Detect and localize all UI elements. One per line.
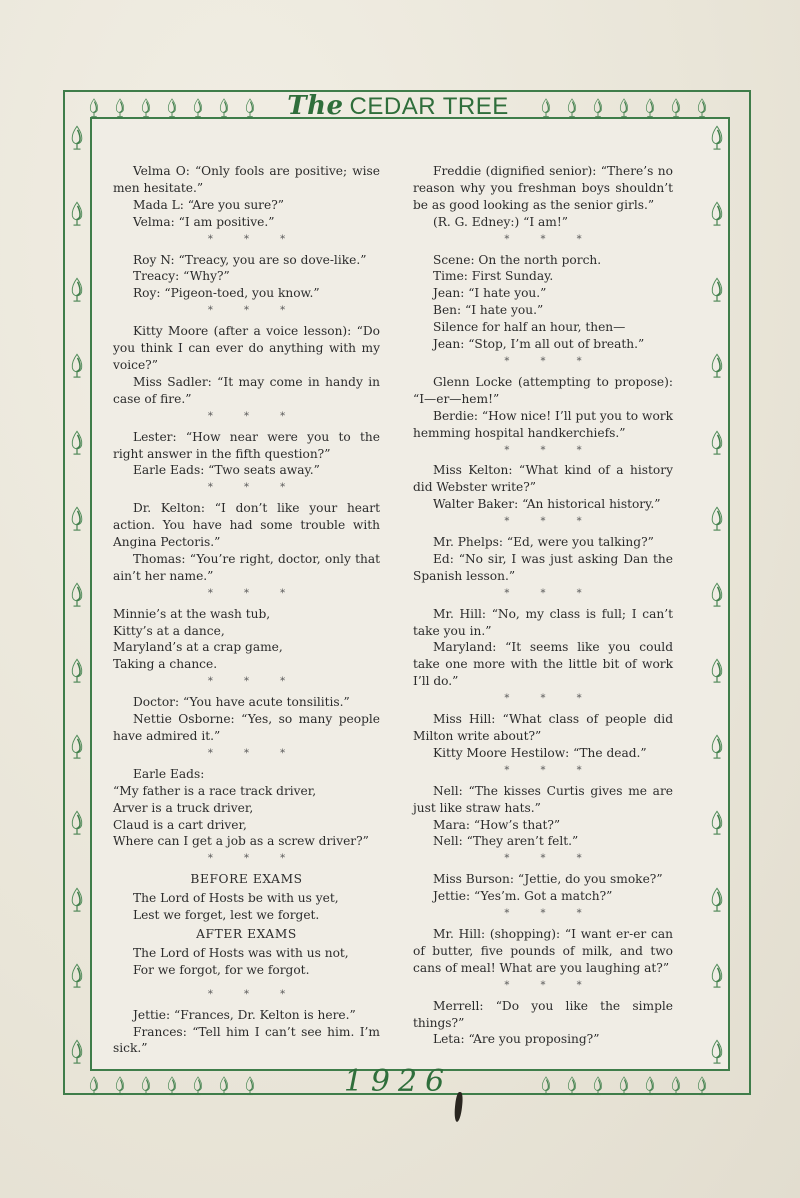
joke-line: Treacy: “Why?” xyxy=(113,268,380,285)
left-text-column: Velma O: “Only fools are positive; wise … xyxy=(113,163,380,1057)
cedar-tree-icon xyxy=(88,98,100,118)
section-separator: * * * xyxy=(413,232,673,249)
cedar-tree-icon xyxy=(244,1076,256,1096)
cedar-tree-icon xyxy=(218,1076,230,1096)
verse-heading: AFTER EXAMS xyxy=(113,926,380,943)
cedar-tree-icon xyxy=(540,98,552,118)
section-separator: * * * xyxy=(113,480,380,497)
cedar-tree-icon xyxy=(218,98,230,118)
cedar-tree-icon xyxy=(70,810,84,836)
cedar-tree-icon xyxy=(696,1076,708,1096)
verse-line: The Lord of Hosts was with us not, xyxy=(113,945,380,962)
footer-year: 1926 xyxy=(340,1068,456,1096)
joke-line: Berdie: “How nice! I’ll put you to work … xyxy=(413,408,673,442)
cedar-tree-icon xyxy=(70,963,84,989)
verse-line: Minnie’s at the wash tub, xyxy=(113,606,380,623)
section-separator: * * * xyxy=(113,674,380,691)
section-separator: * * * xyxy=(113,303,380,320)
cedar-tree-icon xyxy=(114,1076,126,1096)
verse-heading: BEFORE EXAMS xyxy=(113,871,380,888)
verse-line: The Lord of Hosts be with us yet, xyxy=(113,890,380,907)
cedar-tree-icon xyxy=(140,1076,152,1096)
joke-line: Roy N: “Treacy, you are so dove-like.” xyxy=(113,252,380,269)
cedar-tree-icon xyxy=(644,98,656,118)
joke-line: Mr. Hill: “No, my class is full; I can’t… xyxy=(413,606,673,640)
section-separator: * * * xyxy=(113,232,380,249)
cedar-tree-icon xyxy=(670,98,682,118)
cedar-tree-icon xyxy=(114,98,126,118)
cedar-tree-icon xyxy=(70,353,84,379)
joke-line: Mr. Hill: (shopping): “I want er-er can … xyxy=(413,926,673,977)
cedar-tree-icon xyxy=(566,98,578,118)
right-text-column: Freddie (dignified senior): “There’s no … xyxy=(413,163,673,1048)
joke-line: Ed: “No sir, I was just asking Dan the S… xyxy=(413,551,673,585)
cedar-tree-icon xyxy=(70,734,84,760)
left-tree-border xyxy=(64,125,90,1065)
cedar-tree-icon xyxy=(70,582,84,608)
footer-band: 1926 xyxy=(88,1066,708,1096)
joke-line: Time: First Sunday. xyxy=(413,268,673,285)
joke-line: Freddie (dignified senior): “There’s no … xyxy=(413,163,673,214)
cedar-tree-icon xyxy=(618,1076,630,1096)
cedar-tree-icon xyxy=(696,98,708,118)
joke-line: Miss Hill: “What class of people did Mil… xyxy=(413,711,673,745)
joke-line: Nell: “The kisses Curtis gives me are ju… xyxy=(413,783,673,817)
joke-line: Silence for half an hour, then— xyxy=(413,319,673,336)
joke-line: Jean: “I hate you.” xyxy=(413,285,673,302)
cedar-tree-icon xyxy=(70,430,84,456)
section-separator: * * * xyxy=(413,514,673,531)
cedar-tree-icon xyxy=(166,98,178,118)
section-separator: * * * xyxy=(113,987,380,1004)
cedar-tree-icon xyxy=(710,1039,724,1065)
cedar-tree-icon xyxy=(710,506,724,532)
cedar-tree-icon xyxy=(710,887,724,913)
verse-line: Where can I get a job as a screw driver?… xyxy=(113,833,380,850)
footer-right-trees xyxy=(540,1076,708,1096)
cedar-tree-icon xyxy=(540,1076,552,1096)
joke-line: Doctor: “You have acute tonsilitis.” xyxy=(113,694,380,711)
joke-line: Scene: On the north porch. xyxy=(413,252,673,269)
section-separator: * * * xyxy=(113,851,380,868)
joke-line: Leta: “Are you proposing?” xyxy=(413,1031,673,1048)
cedar-tree-icon xyxy=(710,201,724,227)
joke-line: Velma: “I am positive.” xyxy=(113,214,380,231)
section-separator: * * * xyxy=(413,354,673,371)
joke-line: Miss Kelton: “What kind of a history did… xyxy=(413,462,673,496)
joke-line: Mr. Phelps: “Ed, were you talking?” xyxy=(413,534,673,551)
cedar-tree-icon xyxy=(710,734,724,760)
cedar-tree-icon xyxy=(166,1076,178,1096)
section-separator: * * * xyxy=(113,586,380,603)
section-separator: * * * xyxy=(113,409,380,426)
cedar-tree-icon xyxy=(644,1076,656,1096)
joke-line: Roy: “Pigeon-toed, you know.” xyxy=(113,285,380,302)
verse-line: For we forgot, for we forgot. xyxy=(113,962,380,979)
section-separator: * * * xyxy=(413,978,673,995)
joke-line: Earle Eads: xyxy=(113,766,380,783)
joke-line: Walter Baker: “An historical history.” xyxy=(413,496,673,513)
section-separator: * * * xyxy=(413,691,673,708)
cedar-tree-icon xyxy=(566,1076,578,1096)
joke-line: Thomas: “You’re right, doctor, only that… xyxy=(113,551,380,585)
section-separator: * * * xyxy=(413,763,673,780)
cedar-tree-icon xyxy=(192,1076,204,1096)
header-title-prefix: The xyxy=(287,91,343,121)
joke-line: Glenn Locke (attempting to propose): “I—… xyxy=(413,374,673,408)
verse-line: Claud is a cart driver, xyxy=(113,817,380,834)
cedar-tree-icon xyxy=(710,658,724,684)
joke-line: Nettie Osborne: “Yes, so many people hav… xyxy=(113,711,380,745)
header-right-trees xyxy=(540,98,708,118)
header-band: TheCEDAR TREE xyxy=(88,92,708,118)
joke-line: Mara: “How’s that?” xyxy=(413,817,673,834)
cedar-tree-icon xyxy=(244,98,256,118)
joke-line: Ben: “I hate you.” xyxy=(413,302,673,319)
section-separator: * * * xyxy=(413,586,673,603)
cedar-tree-icon xyxy=(70,658,84,684)
verse-line: Taking a chance. xyxy=(113,656,380,673)
cedar-tree-icon xyxy=(70,1039,84,1065)
joke-line: Frances: “Tell him I can’t see him. I’m … xyxy=(113,1024,380,1058)
cedar-tree-icon xyxy=(140,98,152,118)
section-separator: * * * xyxy=(413,443,673,460)
header-title-text: CEDAR TREE xyxy=(350,93,509,120)
section-separator: * * * xyxy=(413,906,673,923)
joke-line: Miss Burson: “Jettie, do you smoke?” xyxy=(413,871,673,888)
ink-smudge xyxy=(453,1092,463,1123)
cedar-tree-icon xyxy=(710,963,724,989)
cedar-tree-icon xyxy=(710,582,724,608)
verse-line: Arver is a truck driver, xyxy=(113,800,380,817)
cedar-tree-icon xyxy=(710,277,724,303)
cedar-tree-icon xyxy=(70,887,84,913)
joke-line: Kitty Moore Hestilow: “The dead.” xyxy=(413,745,673,762)
joke-line: Merrell: “Do you like the simple things?… xyxy=(413,998,673,1032)
section-separator: * * * xyxy=(413,851,673,868)
cedar-tree-icon xyxy=(710,810,724,836)
cedar-tree-icon xyxy=(618,98,630,118)
joke-line: Jettie: “Yes’m. Got a match?” xyxy=(413,888,673,905)
cedar-tree-icon xyxy=(592,98,604,118)
joke-line: Jettie: “Frances, Dr. Kelton is here.” xyxy=(113,1007,380,1024)
cedar-tree-icon xyxy=(192,98,204,118)
page-header-title: TheCEDAR TREE xyxy=(281,95,515,118)
right-tree-border xyxy=(705,125,729,1065)
cedar-tree-icon xyxy=(710,430,724,456)
cedar-tree-icon xyxy=(710,353,724,379)
joke-line: (R. G. Edney:) “I am!” xyxy=(413,214,673,231)
verse-line: Maryland’s at a crap game, xyxy=(113,639,380,656)
joke-line: Jean: “Stop, I’m all out of breath.” xyxy=(413,336,673,353)
joke-line: Maryland: “It seems like you could take … xyxy=(413,639,673,690)
cedar-tree-icon xyxy=(670,1076,682,1096)
cedar-tree-icon xyxy=(70,277,84,303)
cedar-tree-icon xyxy=(70,201,84,227)
header-left-trees xyxy=(88,98,256,118)
joke-line: Velma O: “Only fools are positive; wise … xyxy=(113,163,380,197)
cedar-tree-icon xyxy=(70,506,84,532)
footer-left-trees xyxy=(88,1076,256,1096)
cedar-tree-icon xyxy=(70,125,84,151)
cedar-tree-icon xyxy=(710,125,724,151)
joke-line: Miss Sadler: “It may come in handy in ca… xyxy=(113,374,380,408)
joke-line: Mada L: “Are you sure?” xyxy=(113,197,380,214)
joke-line: Dr. Kelton: “I don’t like your heart act… xyxy=(113,500,380,551)
joke-line: Lester: “How near were you to the right … xyxy=(113,429,380,463)
joke-line: Nell: “They aren’t felt.” xyxy=(413,833,673,850)
verse-line: Kitty’s at a dance, xyxy=(113,623,380,640)
section-separator: * * * xyxy=(113,746,380,763)
cedar-tree-icon xyxy=(88,1076,100,1096)
cedar-tree-icon xyxy=(592,1076,604,1096)
verse-line: Lest we forget, lest we forget. xyxy=(113,907,380,924)
joke-line: Kitty Moore (after a voice lesson): “Do … xyxy=(113,323,380,374)
joke-line: Earle Eads: “Two seats away.” xyxy=(113,462,380,479)
verse-line: “My father is a race track driver, xyxy=(113,783,380,800)
